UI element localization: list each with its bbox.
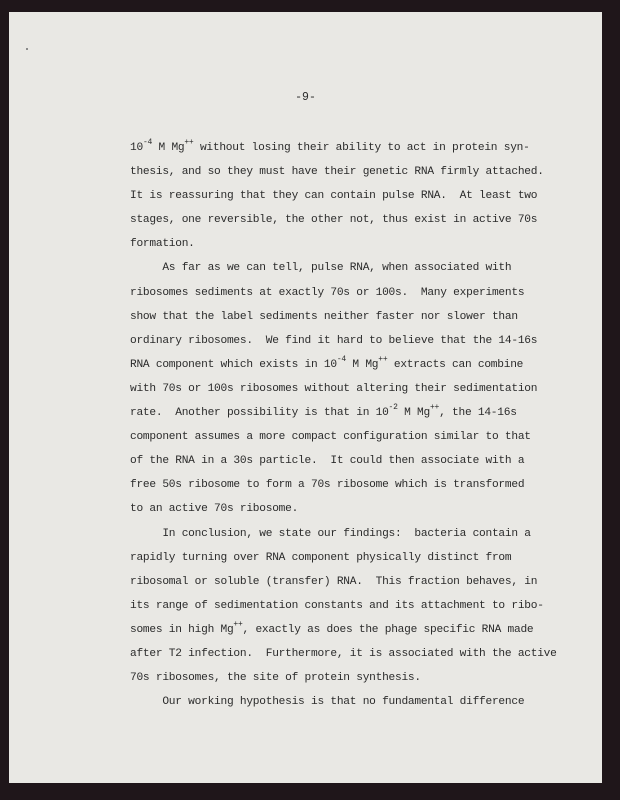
text-segment: , exactly as does the phage specific RNA… [243, 624, 534, 636]
typewritten-body-text: 10-4 M Mg++ without losing their ability… [130, 136, 530, 714]
text-segment: Our working hypothesis is that no fundam… [130, 696, 524, 708]
text-segment: ribosomes sediments at exactly 70s or 10… [130, 287, 524, 299]
text-line: It is reassuring that they can contain p… [130, 184, 530, 208]
text-segment: thesis, and so they must have their gene… [130, 166, 544, 178]
text-segment: extracts can combine [387, 359, 523, 371]
text-line: 10-4 M Mg++ without losing their ability… [130, 136, 530, 160]
text-line: thesis, and so they must have their gene… [130, 160, 530, 184]
text-segment: stages, one reversible, the other not, t… [130, 214, 537, 226]
text-line: 70s ribosomes, the site of protein synth… [130, 666, 530, 690]
text-line: somes in high Mg++, exactly as does the … [130, 618, 530, 642]
text-segment: M Mg [152, 142, 184, 154]
text-line: rate. Another possibility is that in 10-… [130, 401, 530, 425]
text-segment: RNA component which exists in 10 [130, 359, 337, 371]
text-segment: As far as we can tell, pulse RNA, when a… [130, 262, 511, 274]
paper-speck [26, 48, 28, 50]
superscript: ++ [430, 403, 439, 412]
text-line: component assumes a more compact configu… [130, 425, 530, 449]
text-line: As far as we can tell, pulse RNA, when a… [130, 256, 530, 280]
text-segment: 10 [130, 142, 143, 154]
text-segment: with 70s or 100s ribosomes without alter… [130, 383, 537, 395]
text-line: show that the label sediments neither fa… [130, 305, 530, 329]
document-page: -9- 10-4 M Mg++ without losing their abi… [9, 12, 602, 783]
text-line: rapidly turning over RNA component physi… [130, 546, 530, 570]
text-segment: ordinary ribosomes. We find it hard to b… [130, 335, 537, 347]
text-line: ordinary ribosomes. We find it hard to b… [130, 329, 530, 353]
text-line: its range of sedimentation constants and… [130, 594, 530, 618]
text-line: to an active 70s ribosome. [130, 497, 530, 521]
superscript: ++ [233, 620, 242, 629]
superscript: -2 [389, 403, 398, 412]
text-segment: its range of sedimentation constants and… [130, 600, 544, 612]
text-line: formation. [130, 232, 530, 256]
text-line: stages, one reversible, the other not, t… [130, 208, 530, 232]
text-segment: rate. Another possibility is that in 10 [130, 407, 389, 419]
text-line: Our working hypothesis is that no fundam… [130, 690, 530, 714]
text-segment: show that the label sediments neither fa… [130, 311, 518, 323]
text-segment: M Mg [346, 359, 378, 371]
text-line: In conclusion, we state our findings: ba… [130, 522, 530, 546]
text-line: ribosomes sediments at exactly 70s or 10… [130, 281, 530, 305]
text-line: with 70s or 100s ribosomes without alter… [130, 377, 530, 401]
text-segment: component assumes a more compact configu… [130, 431, 531, 443]
text-segment: to an active 70s ribosome. [130, 503, 298, 515]
superscript: -4 [143, 138, 152, 147]
text-segment: In conclusion, we state our findings: ba… [130, 528, 531, 540]
text-line: free 50s ribosome to form a 70s ribosome… [130, 473, 530, 497]
page-number: -9- [9, 91, 602, 104]
superscript: -4 [337, 355, 346, 364]
text-line: after T2 infection. Furthermore, it is a… [130, 642, 530, 666]
text-segment: after T2 infection. Furthermore, it is a… [130, 648, 557, 660]
text-segment: 70s ribosomes, the site of protein synth… [130, 672, 421, 684]
text-line: RNA component which exists in 10-4 M Mg+… [130, 353, 530, 377]
text-segment: formation. [130, 238, 195, 250]
text-line: ribosomal or soluble (transfer) RNA. Thi… [130, 570, 530, 594]
text-segment: somes in high Mg [130, 624, 233, 636]
text-line: of the RNA in a 30s particle. It could t… [130, 449, 530, 473]
text-segment: rapidly turning over RNA component physi… [130, 552, 511, 564]
text-segment: of the RNA in a 30s particle. It could t… [130, 455, 524, 467]
text-segment: It is reassuring that they can contain p… [130, 190, 537, 202]
text-segment: ribosomal or soluble (transfer) RNA. Thi… [130, 576, 537, 588]
text-segment: without losing their ability to act in p… [193, 142, 529, 154]
text-segment: , the 14-16s [439, 407, 517, 419]
text-segment: free 50s ribosome to form a 70s ribosome… [130, 479, 524, 491]
text-segment: M Mg [398, 407, 430, 419]
